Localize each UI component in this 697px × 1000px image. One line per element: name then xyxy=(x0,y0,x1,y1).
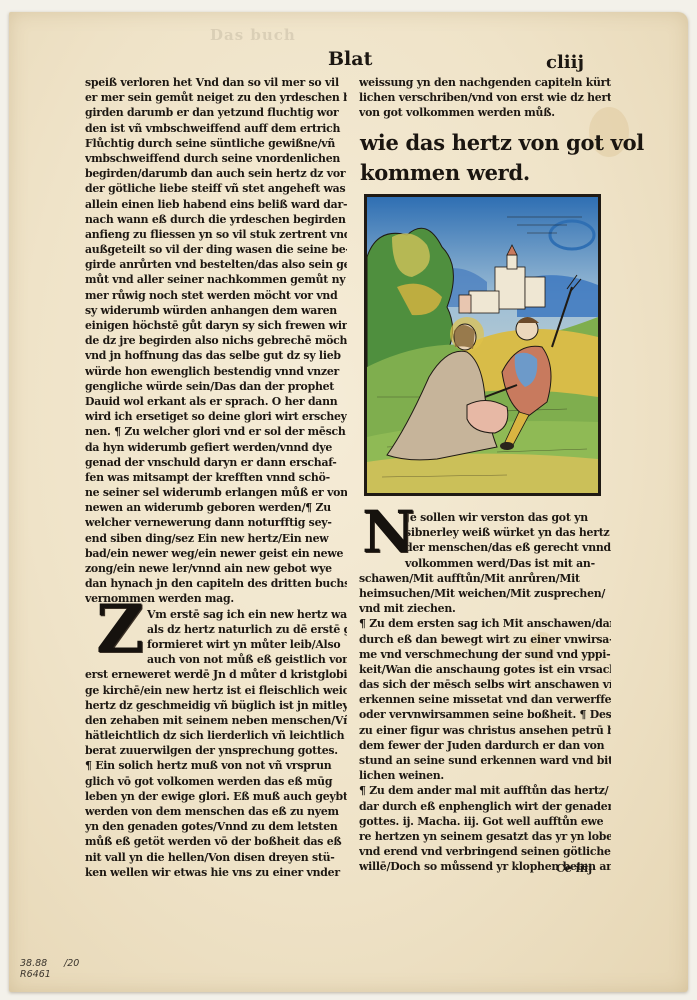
right-text-block: weissung yn den nachgenden capiteln kürt… xyxy=(359,75,611,121)
text-line: allein einen lieb habend eins beliß ward… xyxy=(85,197,347,212)
text-line: ne seiner sel widerumb erlangen můß er v… xyxy=(85,485,347,500)
text-line: glich vō got volkomen werden das eß mūg xyxy=(85,774,347,789)
text-line: Dauid wol erkant als er sprach. O her da… xyxy=(85,394,347,409)
text-line: hätleichtlich dz sich lierderlich vñ lei… xyxy=(85,728,347,743)
text-line: welcher vernewerung dann noturfftig sey- xyxy=(85,515,347,530)
text-line: mer růwig noch stet werden möcht vor vnd xyxy=(85,288,347,303)
text-line: da hyn widerumb gefiert werden/vnnd dye xyxy=(85,440,347,455)
text-line: zu einer figur was christus ansehen petr… xyxy=(359,723,611,738)
decorated-initial-n: N xyxy=(362,503,415,561)
text-line: dem fewer der Juden dardurch er dan von xyxy=(359,738,611,753)
text-line: weissung yn den nachgenden capiteln kürt… xyxy=(359,75,611,90)
text-line: yn den genaden gotes/Vnnd zu dem letsten xyxy=(85,819,347,834)
text-line: der götliche liebe steiff vñ stet angehe… xyxy=(85,181,347,196)
text-line: einigen höchstē gůt daryn sy sich frewen… xyxy=(85,318,347,333)
chapter-heading: wie das hertz von got vol kommen werd. xyxy=(360,128,644,188)
text-line: newen an widerumb geboren werden/¶ Zu xyxy=(85,500,347,515)
text-line: nit vall yn die hellen/Von disen dreyen … xyxy=(85,850,347,865)
text-line: vnd jn hoffnung das das selbe gut dz sy … xyxy=(85,348,347,363)
text-line: wird ich ersetiget so deine glori wirt e… xyxy=(85,409,347,424)
left-text-block: speiß verloren het Vnd dan so vil mer so… xyxy=(85,75,347,607)
woodcut-illustration xyxy=(367,197,598,493)
text-line: vmbschweiffend durch seine vnordenlichen xyxy=(85,151,347,166)
text-line: den zehaben mit seinem neben menschen/Vñ xyxy=(85,713,347,728)
text-line: vnd erend vnd verbringend seinen götlich… xyxy=(359,844,611,859)
text-line: me vnd verschmechung der sund vnd yppi- xyxy=(359,647,611,662)
text-line: gengliche würde sein/Das dan der prophet xyxy=(85,379,347,394)
text-line: er mer sein gemůt neiget zu den yrdesche… xyxy=(85,90,347,105)
inventory-suffix: /20 xyxy=(64,958,79,969)
right-column: weissung yn den nachgenden capiteln kürt… xyxy=(359,75,611,121)
text-line: würde hon ewenglich bestendig vnnd vnzer xyxy=(85,364,347,379)
text-line: außgeteilt so vil der ding wasen die sei… xyxy=(85,242,347,257)
text-line: speiß verloren het Vnd dan so vil mer so… xyxy=(85,75,347,90)
text-line: end siben ding/sez Ein new hertz/Ein new xyxy=(85,531,347,546)
text-line: den ist vñ vmbschweiffend auff dem ertri… xyxy=(85,121,347,136)
text-line: re hertzen yn seinem gesatzt das yr yn l… xyxy=(359,829,611,844)
text-line: das sich der mēsch selbs wirt anschawen … xyxy=(359,677,611,692)
decorated-initial-z: Z xyxy=(96,596,144,662)
text-line: vnd mit ziechen. xyxy=(359,601,611,616)
inventory-line-2: R6461 xyxy=(20,969,51,980)
text-line: erkennen seine missetat vnd dan verwerff… xyxy=(359,692,611,707)
text-line: Flůchtig durch seine süntliche gewißne/v… xyxy=(85,136,347,151)
text-line: ken wellen wir etwas hie vns zu einer vn… xyxy=(85,865,347,880)
text-line: lichen weinen. xyxy=(359,768,611,783)
text-line: dar durch eß enphenglich wirt der genade… xyxy=(359,799,611,814)
text-line: keit/Wan die anschaung gotes ist ein vrs… xyxy=(359,662,611,677)
running-header: Blat xyxy=(328,48,372,70)
text-line: leben yn der ewige glori. Eß muß auch ge… xyxy=(85,789,347,804)
text-line: ¶ Zu dem ersten sag ich Mit anschawen/da… xyxy=(359,616,611,631)
text-line: girde anrůrten vnd bestelten/das also se… xyxy=(85,257,347,272)
text-line: schawen/Mit aufftůn/Mit anrůren/Mit xyxy=(359,571,611,586)
text-line: stund an seine sund erkennen ward vnd bi… xyxy=(359,753,611,768)
chapter-heading-line: kommen werd. xyxy=(360,158,644,188)
text-line: durch eß dan bewegt wirt zu einer vnwirs… xyxy=(359,632,611,647)
inventory-line-1: 38.88 xyxy=(20,958,51,969)
text-line: oder vervnwirsammen seine boßheit. ¶ Des xyxy=(359,707,611,722)
text-line: bad/ein newer weg/ein newer geist ein ne… xyxy=(85,546,347,561)
inventory-number: 38.88 R6461 xyxy=(20,958,51,980)
text-line: můß eß getöt werden vō der boßheit das e… xyxy=(85,834,347,849)
text-line: nen. ¶ Zu welcher glori vnd er sol der m… xyxy=(85,424,347,439)
text-line: von got volkommen werden můß. xyxy=(359,105,611,120)
left-column: speiß verloren het Vnd dan so vil mer so… xyxy=(85,75,347,880)
text-line: erst erneweret werdē Jn d můter d kristg… xyxy=(85,667,347,682)
text-line: anfieng zu fliessen yn so vil stuk zertr… xyxy=(85,227,347,242)
text-line: nach wann eß durch die yrdeschen begirde… xyxy=(85,212,347,227)
text-line: werden von dem menschen das eß zu nyem xyxy=(85,804,347,819)
text-line: begirden/darumb dan auch sein hertz dz v… xyxy=(85,166,347,181)
show-through-header: Das buch xyxy=(210,26,296,44)
text-line: zong/ein newe ler/vnnd ain new gebot wye xyxy=(85,561,347,576)
chapter-heading-line: wie das hertz von got vol xyxy=(360,128,644,158)
text-line: ¶ Zu dem ander mal mit aufftůn das hertz… xyxy=(359,783,611,798)
text-line: ¶ Ein solich hertz muß von not vñ vrspru… xyxy=(85,758,347,773)
text-line: heimsuchen/Mit weichen/Mit zusprechen/ xyxy=(359,586,611,601)
text-line: girden darumb er dan yetzund fluchtig wo… xyxy=(85,105,347,120)
text-line: hertz dz geschmeidig vñ büglich ist jn m… xyxy=(85,698,347,713)
text-line: ge kirchē/ein new hertz ist ei fleischli… xyxy=(85,683,347,698)
hand-colored-woodcut xyxy=(364,194,601,496)
signature-mark: Ce iiij xyxy=(556,862,592,875)
text-line: genad der vnschuld daryn er dann erschaf… xyxy=(85,455,347,470)
text-line: lichen verschriben/vnd von erst wie dz h… xyxy=(359,90,611,105)
text-line: sy widerumb würden anhangen dem waren xyxy=(85,303,347,318)
text-line: můt vnd aller seiner nachkommen gemůt ny xyxy=(85,272,347,287)
text-line: berat zuuerwilgen der ynsprechung gottes… xyxy=(85,743,347,758)
text-line: de dz jre begirden also nichs gebrechē m… xyxy=(85,333,347,348)
text-line: gottes. ij. Macha. iij. Got well aufftůn… xyxy=(359,814,611,829)
text-line: fen was mitsampt der krefften vnnd schö- xyxy=(85,470,347,485)
folio-number: cliij xyxy=(546,52,584,73)
